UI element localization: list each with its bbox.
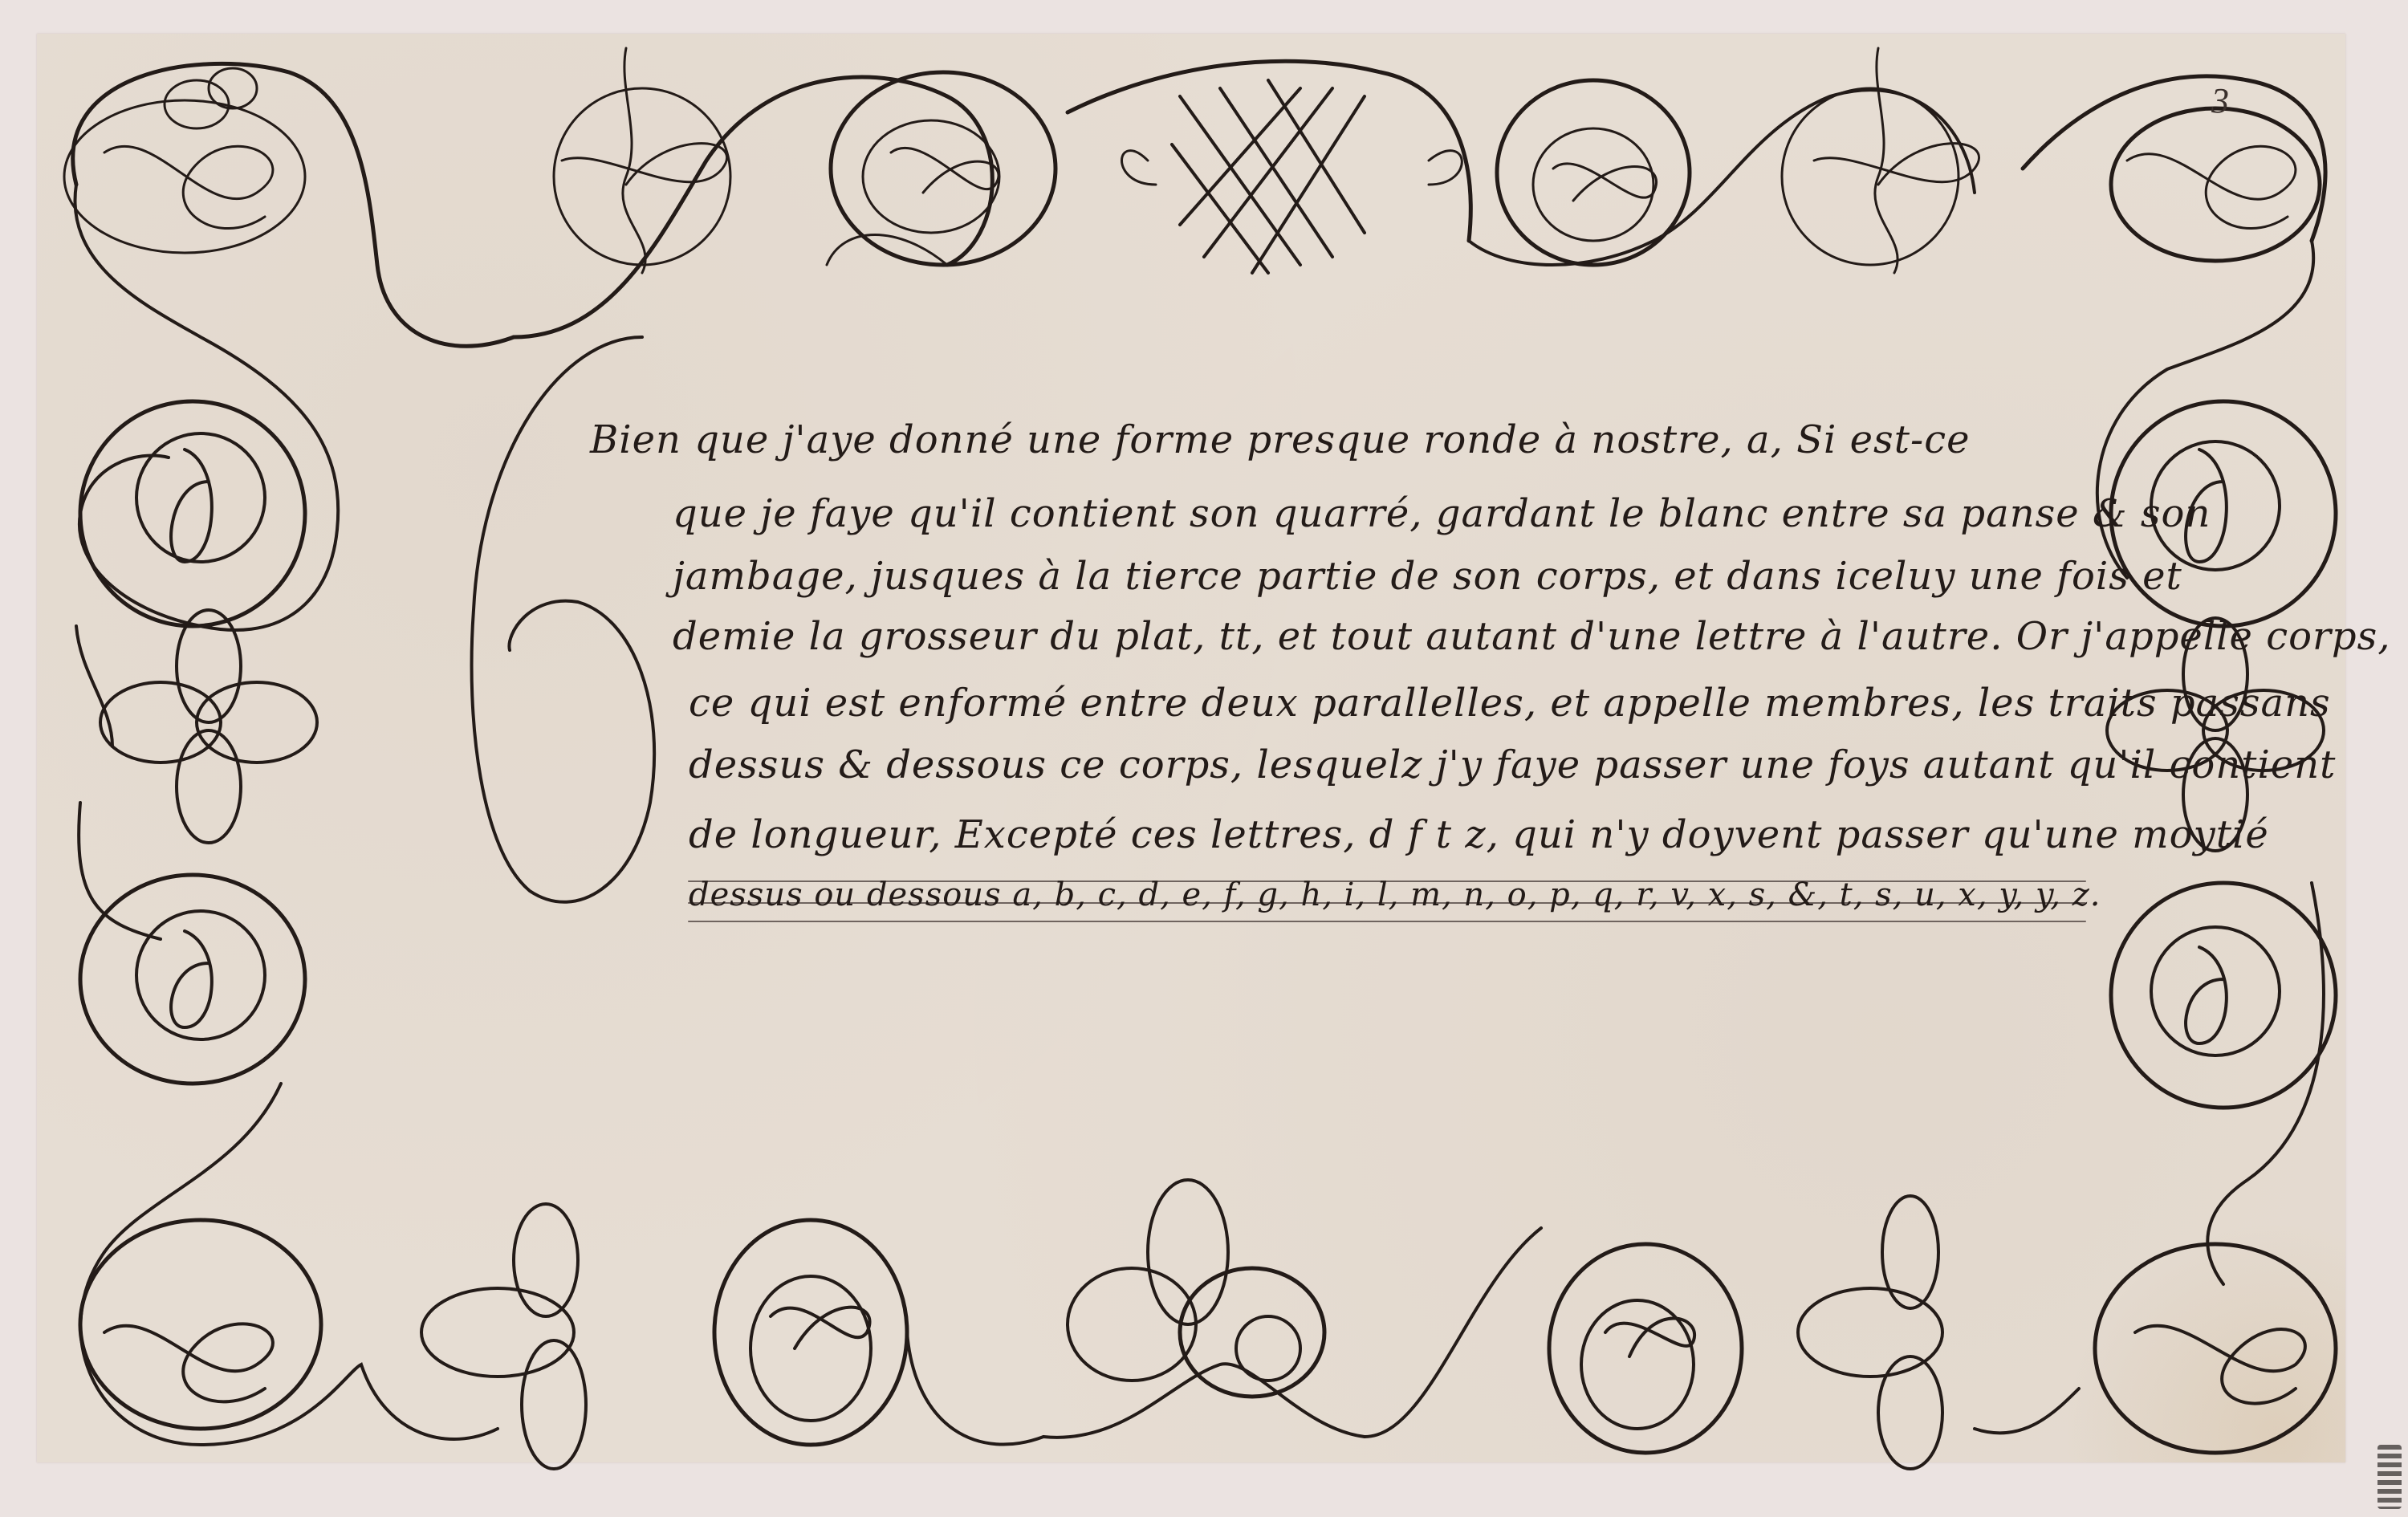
- text-line-4: demie la grosseur du plat, tt, et tout a…: [673, 614, 2391, 659]
- text-line-7: de longueur, Excepté ces lettres, d f t …: [689, 812, 2269, 857]
- library-stamp-fragment: [2377, 1445, 2402, 1509]
- text-line-1: Bien que j'aye donné une forme presque r…: [590, 417, 1970, 462]
- folio-number: 3: [2211, 80, 2229, 121]
- left-border-flourish: [75, 185, 338, 1252]
- text-line-3: jambage, jusques à la tierce partie de s…: [673, 554, 2182, 599]
- text-line-6: dessus & dessous ce corps, lesquelz j'y …: [689, 742, 2336, 787]
- text-line-5: ce qui est enformé entre deux parallelle…: [689, 681, 2331, 726]
- top-knots: [64, 48, 2320, 273]
- bottom-border-flourish: [80, 1180, 2336, 1469]
- text-line-2: que je faye qu'il contient son quarré, g…: [673, 491, 2211, 536]
- text-line-8-alphabet: dessus ou dessous a, b, c, d, e, f, g, h…: [689, 876, 2101, 913]
